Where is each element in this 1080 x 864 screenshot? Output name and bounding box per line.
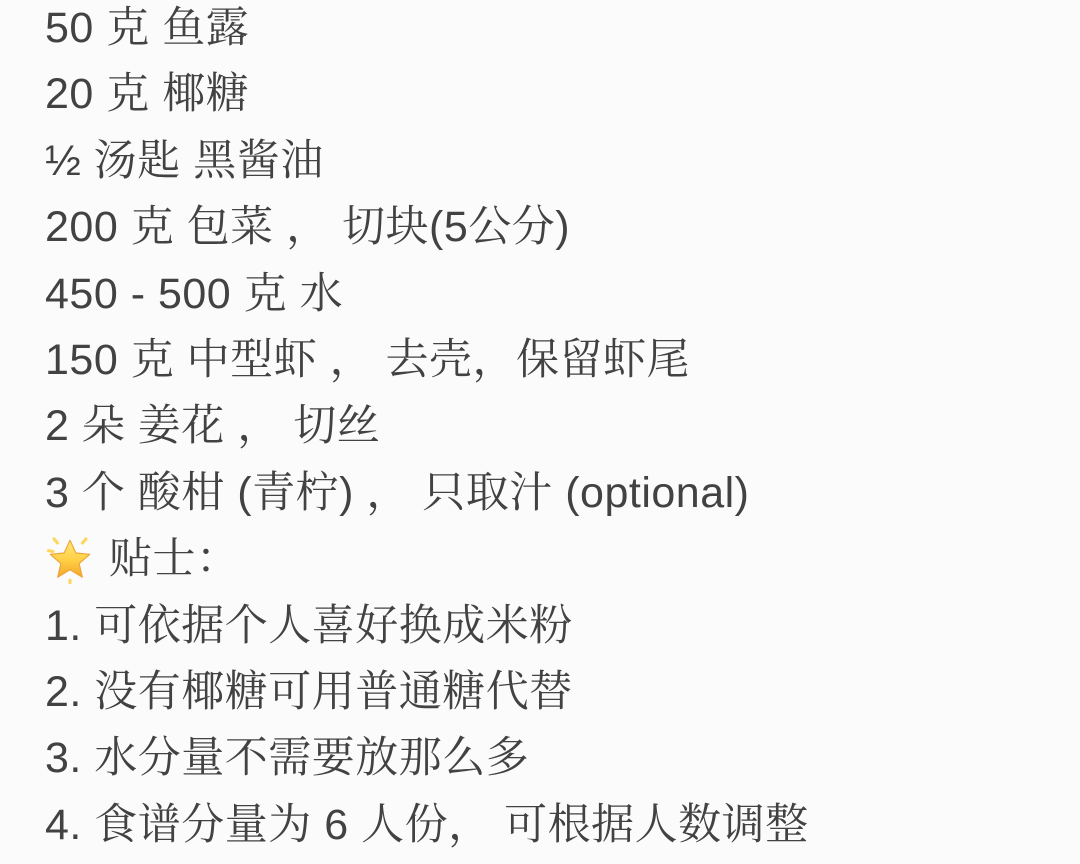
tip-line: 1. 可依据个人喜好换成米粉 [45,593,1080,659]
tip-line: 2. 没有椰糖可用普通糖代替 [45,659,1080,725]
tips-header: 贴士： [45,526,1080,592]
glowing-star-icon [45,534,95,584]
ingredient-line: 20 克 椰糖 [45,61,1080,127]
ingredient-line: 150 克 中型虾 ， 去壳，保留虾尾 [45,327,1080,393]
tip-line: 4. 食谱分量为 6 人份， 可根据人数调整 [45,792,1080,858]
tips-header-label: 贴士： [109,526,240,592]
ingredient-line: 3 个 酸柑 (青柠) ， 只取汁 (optional) [45,460,1080,526]
ingredient-line: 450 - 500 克 水 [45,261,1080,327]
ingredient-line: ½ 汤匙 黑酱油 [45,128,1080,194]
ingredient-line: 50 克 鱼露 [45,0,1080,61]
tip-line: 3. 水分量不需要放那么多 [45,725,1080,791]
ingredient-line: 2 朵 姜花 ， 切丝 [45,393,1080,459]
recipe-text-page: 50 克 鱼露 20 克 椰糖 ½ 汤匙 黑酱油 200 克 包菜 ， 切块(5… [0,0,1080,859]
ingredient-line: 200 克 包菜 ， 切块(5公分) [45,194,1080,260]
